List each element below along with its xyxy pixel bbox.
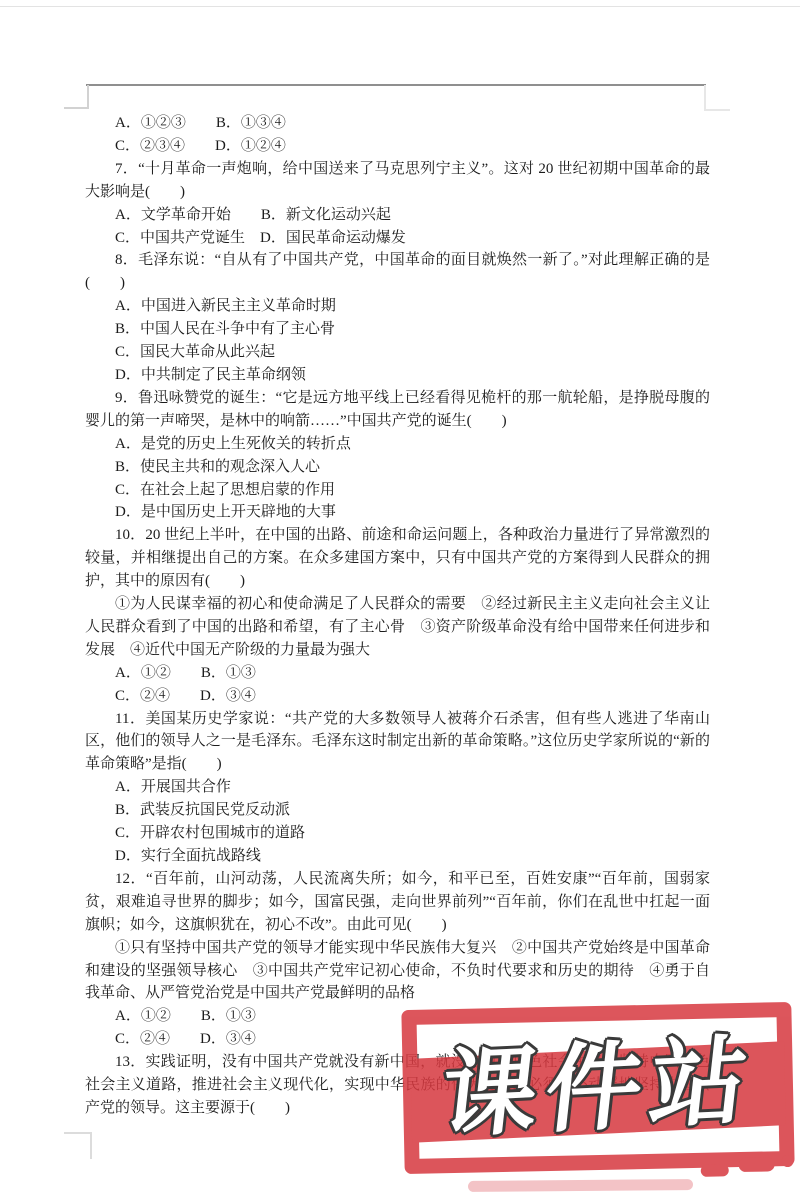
kejianzhan-stamp-watermark: 课件站 [401, 1002, 794, 1174]
text-line-5: C．中国共产党诞生 D．国民革命运动爆发 [85, 227, 710, 250]
text-line-21: A．开展国共合作 [85, 776, 710, 799]
stamp-ink-blob [701, 1164, 729, 1177]
text-line-22: B．武装反抗国民党反动派 [85, 799, 710, 822]
text-boundary-corner-bottom-left [64, 1132, 92, 1159]
text-line-7: A．中国进入新民主主义革命时期 [85, 295, 710, 318]
text-line-15: D．是中国历史上开天辟地的大事 [85, 501, 710, 524]
text-line-12: A．是党的历史上生死攸关的转折点 [85, 433, 710, 456]
exam-page: { "stamp": { "text": "课件站", "color": "#d… [0, 0, 800, 1200]
question-text-block: A．①②③ B．①③④C．②③④ D．①②④7．“十月革命一声炮响，给中国送来了… [85, 112, 710, 1120]
text-line-3: 7．“十月革命一声炮响，给中国送来了马克思列宁主义”。这对 20 世纪初期中国革… [85, 158, 710, 204]
text-line-14: C．在社会上起了思想启蒙的作用 [85, 479, 710, 502]
text-line-4: A．文学革命开始 B．新文化运动兴起 [85, 204, 710, 227]
text-line-11: 9．鲁迅咏赞党的诞生：“它是远方地平线上已经看得见桅杆的那一航轮船，是挣脱母腹的… [85, 387, 710, 433]
text-line-23: C．开辟农村包围城市的道路 [85, 822, 710, 845]
text-line-1: A．①②③ B．①③④ [85, 112, 710, 135]
text-boundary-corner-top-right [704, 85, 730, 111]
text-line-17: ①为人民谋幸福的初心和使命满足了人民群众的需要 ②经过新民主主义走向社会主义让人… [85, 593, 710, 662]
text-line-20: 11．美国某历史学家说：“共产党的大多数领导人被蒋介石杀害，但有些人逃进了华南山… [85, 708, 710, 777]
document-page: A．①②③ B．①③④C．②③④ D．①②④7．“十月革命一声炮响，给中国送来了… [0, 0, 800, 1200]
text-line-16: 10．20 世纪上半叶，在中国的出路、前途和命运问题上，各种政治力量进行了异常激… [85, 524, 710, 593]
page-top-edge-line [0, 6, 800, 7]
text-line-6: 8．毛泽东说：“自从有了中国共产党，中国革命的面目就焕然一新了。”对此理解正确的… [85, 249, 710, 295]
text-boundary-corner-top-left [64, 85, 89, 109]
stamp-text: 课件站 [396, 1021, 800, 1158]
stamp-ink-blob [738, 1157, 774, 1172]
text-line-26: ①只有坚持中国共产党的领导才能实现中华民族伟大复兴 ②中国共产党始终是中国革命和… [85, 937, 710, 1006]
text-line-2: C．②③④ D．①②④ [85, 135, 710, 158]
text-line-8: B．中国人民在斗争中有了主心骨 [85, 318, 710, 341]
stamp-ink-blob [781, 1155, 793, 1167]
text-line-10: D．中共制定了民主革命纲领 [85, 364, 710, 387]
text-line-13: B．使民主共和的观念深入人心 [85, 456, 710, 479]
text-line-19: C．②④ D．③④ [85, 685, 710, 708]
text-line-18: A．①② B．①③ [85, 662, 710, 685]
text-line-9: C．国民大革命从此兴起 [85, 341, 710, 364]
text-line-25: 12．“百年前，山河动荡，人民流离失所；如今，和平已至，百姓安康”“百年前，国弱… [85, 868, 710, 937]
text-line-24: D．实行全面抗战路线 [85, 845, 710, 868]
margin-top-rule [86, 84, 706, 86]
stamp-ink-smear [468, 1179, 693, 1192]
